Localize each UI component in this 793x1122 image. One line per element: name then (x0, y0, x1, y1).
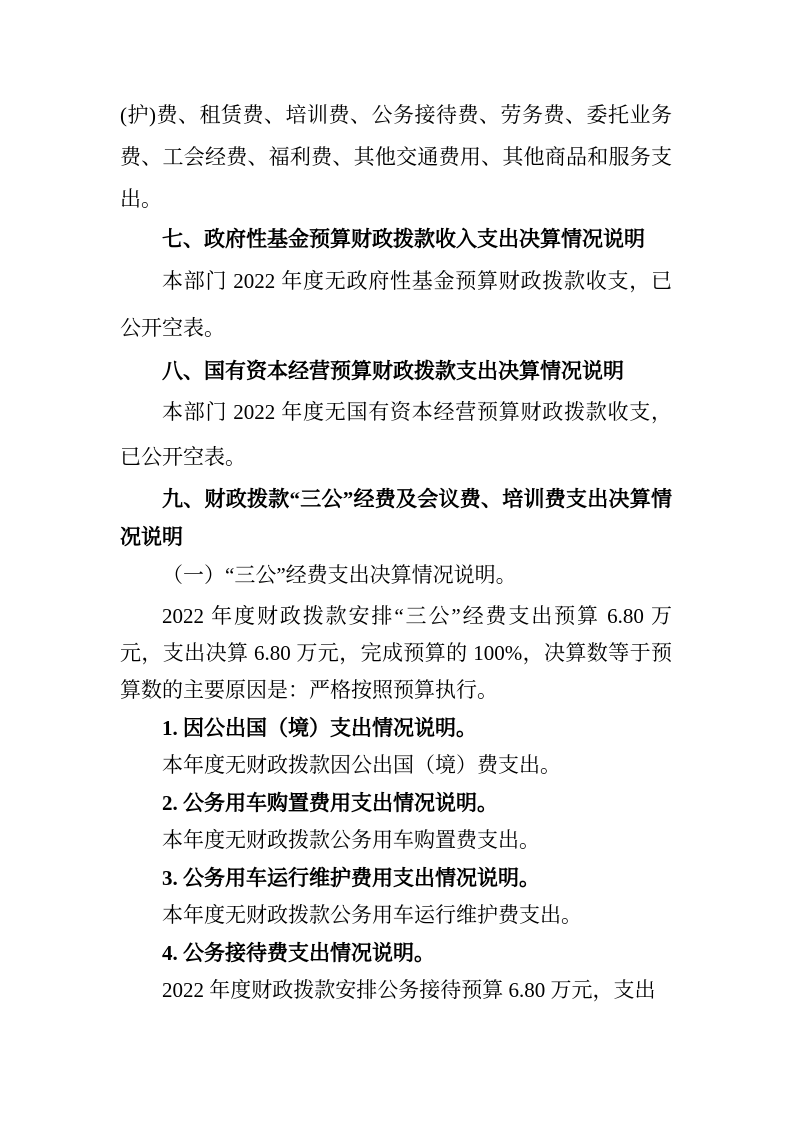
section-7-heading: 七、政府性基金预算财政拨款收入支出决算情况说明 (120, 220, 672, 258)
section-8-heading: 八、国有资本经营预算财政拨款支出决算情况说明 (120, 352, 672, 390)
document-page: (护)费、租赁费、培训费、公务接待费、劳务费、委托业务费、工会经费、福利费、其他… (0, 0, 793, 1122)
section-8-paragraph: 本部门 2022 年度无国有资本经营预算财政拨款收支，已公开空表。 (120, 390, 672, 480)
section-7-paragraph: 本部门 2022 年度无政府性基金预算财政拨款收支，已公开空表。 (120, 258, 672, 352)
section-9-heading: 九、财政拨款“三公”经费及会议费、培训费支出决算情况说明 (120, 480, 672, 556)
item-4-partial-paragraph: 2022 年度财政拨款安排公务接待预算 6.80 万元，支出 (120, 972, 672, 1009)
item-2-title: 2. 公务用车购置费用支出情况说明。 (120, 784, 672, 822)
item-1-body: 本年度无财政拨款因公出国（境）费支出。 (120, 747, 672, 784)
document-content: (护)费、租赁费、培训费、公务接待费、劳务费、委托业务费、工会经费、福利费、其他… (0, 0, 793, 1009)
item-1-title: 1. 因公出国（境）支出情况说明。 (120, 709, 672, 747)
item-3-body: 本年度无财政拨款公务用车运行维护费支出。 (120, 897, 672, 934)
item-2-body: 本年度无财政拨款公务用车购置费支出。 (120, 822, 672, 859)
three-public-funds-overview-paragraph: 2022 年度财政拨款安排“三公”经费支出预算 6.80 万元，支出决算 6.8… (120, 598, 672, 709)
item-3-title: 3. 公务用车运行维护费用支出情况说明。 (120, 859, 672, 897)
item-4-title: 4. 公务接待费支出情况说明。 (120, 934, 672, 972)
carryover-paragraph: (护)费、租赁费、培训费、公务接待费、劳务费、委托业务费、工会经费、福利费、其他… (120, 94, 672, 220)
section-9-subheading-1: （一）“三公”经费支出决算情况说明。 (120, 556, 672, 594)
